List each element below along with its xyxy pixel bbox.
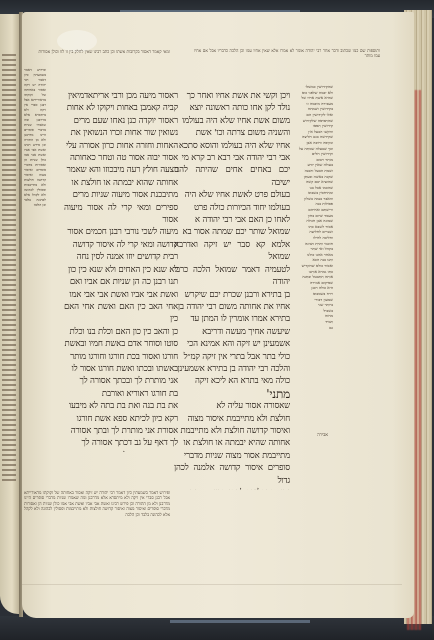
text-line: חורגו ואסור בכת חורגו וחורגו מותר	[64, 351, 178, 363]
text-line: בן בתירא ורבנן שכרת יכם שיקרש	[174, 289, 290, 301]
text-line: האחות וחזרה אחות כרון אסורה עלי	[64, 140, 178, 152]
text-line: יכם באחים אחים שהיתה להם ישיבה	[174, 164, 290, 189]
text-line: אסורת אני מותרת לך ובתך אסורה	[64, 425, 178, 437]
text-line: ואיסור קדושה חולצת ולא מתייבמת	[174, 425, 290, 437]
top-commentary-left: ומאי קאמר דאסור בקרובות אשתו וכן כתב רבי…	[22, 49, 170, 81]
text-line: כולה מאי בתרא הא ליכא זיקה	[174, 375, 290, 387]
text-line: אני מותרת לך ובכתך אסורה לך	[64, 375, 178, 387]
text-line: כולי בתר אבל בתרי אין זיקה קמ״ל	[174, 351, 290, 363]
text-line: שמואל שותר יכם שמתה אסור בא	[174, 226, 290, 238]
text-line: והלכה רבי יהודה בן בתירא אשמעינן	[174, 363, 290, 375]
text-line: בת חורגו ראוריא ואורבת	[64, 388, 178, 400]
text-line: לטעמיה דאמר שמואל הלכה כרבי יהודה	[174, 264, 290, 289]
main-text-column-right: ראסור מיעה מכן ורבי אריתאדמיאיןקביה קאמב…	[64, 90, 178, 452]
inner-margin-commentary: ופירוש דאמר בשמעתין כיון דאמר רבי יהודה …	[24, 68, 46, 508]
text-line: באשתו ובכתו ואשת חורגו אסור לו	[64, 363, 178, 375]
text-line: מתיבכנת אסור מיעוה שניות מרים	[64, 189, 178, 201]
text-line: אשמעינן יש זיקה והא אמינא הכי	[174, 338, 290, 350]
catchword: אבירה	[308, 432, 328, 440]
text-line: סופרים איסור קדושה אלמנה לכהן גדול	[174, 462, 290, 487]
ruling-line	[22, 584, 402, 585]
text-line: ואסור כולס שהקדיש	[297, 263, 333, 269]
text-line: מתייבמת אסור מצוה שניות מדברי	[174, 450, 290, 462]
main-text-right-lines: ראסור מיעה מכן ורבי אריתאדמיאיןקביה קאמב…	[64, 90, 178, 452]
text-line: מיעוה לשכי נורבי רבנן חכמים אסור	[64, 226, 178, 238]
text-line: רצעה חולץ רעה מיבכוזו והא שאמר	[64, 164, 178, 176]
text-line: אסור יבוה אסור טה וטחר כאחותה	[64, 152, 178, 164]
main-text-column-left: ויכן וקשי את אשת אחיו ואחר כךנולד לקן אח…	[174, 90, 290, 490]
text-line: גם	[297, 325, 333, 331]
text-line: בתירא אמרו אומרין לו המתן עד	[174, 313, 290, 325]
text-line: נשואין שור אחות זכרו הנשואין את	[64, 127, 178, 139]
bottom-commentary: ופירוש דאמר בשמעתין כיון דאמר רבי יהודה …	[24, 490, 170, 550]
backdrop-bottom	[0, 616, 434, 640]
verso-page-edge	[0, 14, 20, 614]
text-line: רקא כיון לכיתא ספא אשת חורגו	[64, 413, 178, 425]
text-line: כן והאב כין כון האם וכלת בנו וכלת	[64, 326, 178, 338]
text-line: לאחו כן האם אבי רבי יהודה א	[174, 214, 290, 226]
text-line: ראסור מיעה מכן ורבי אריתאדמיאין	[64, 90, 178, 102]
text-line: ספירים ומאי קרי לה אסור מיעוה אסור	[64, 202, 178, 227]
text-line: סוטו וסוחר אדם באשת חמיו ובאשת	[64, 338, 178, 350]
text-line: שיעשה אחיך מעשה ודריבא	[174, 326, 290, 338]
text-line: ויכן וקשי את אשת אחיו ואחר כך	[174, 90, 290, 102]
text-line: אחי האב כין האם ואשת אחי האם כין	[64, 301, 178, 326]
text-line: ראסור יוקדה כנן נאחו שעם מרים	[64, 115, 178, 127]
backdrop-sheen	[170, 620, 310, 623]
text-line: אחותה שהיא יבמתה או חולצת או	[174, 437, 290, 449]
outer-margin-commentary: שהקידושין כמשלוולא יבמה שלפני כוסשהיא אש…	[297, 84, 333, 399]
text-line: אחותה שהוא יבמתה או חולצת או	[64, 177, 178, 189]
verso-text-lines	[2, 54, 16, 484]
text-line: לך דאף על גב דכתך אסורה לך	[64, 437, 178, 449]
section-heading: מתני'	[174, 388, 290, 400]
recto-page: ופירוש דאמר בשמעתין כיון דאמר רבי יהודה …	[22, 12, 414, 618]
text-line: שהיא אשת אחיו של	[297, 95, 333, 101]
text-line: בעולם פרט לאשת אחיו שלא היה	[174, 189, 290, 201]
text-line: אחיו את אחותה משום רבי יהודה בן	[174, 301, 290, 313]
text-line: ואשת אבי אביו ואשת אבי אבי אמו	[64, 289, 178, 301]
text-line: גרושה וחלוצה לכהן הדיוט ממזרת	[174, 487, 290, 490]
top-commentary-right: ותוספות שם כמו שכתוב ודבר אחר רבי יהודה …	[194, 48, 380, 82]
text-line: שאסורה אסור עליה לא	[174, 400, 290, 412]
text-line: כראוריתא בריגי לא נגזור רבנן קא	[64, 450, 178, 452]
text-line: קדושה ומאי קרי לה איסור קדושה	[64, 239, 178, 251]
text-line: תנו רבנן כה הן שניות אם אביו ואם	[64, 276, 178, 288]
text-line: חולצת ולא מתייבמת איסור מצוה	[174, 413, 290, 425]
margin-commentary-lines: שהקידושין כמשלוולא יבמה שלפני כוסשהיא אש…	[297, 84, 333, 330]
text-line: אחיו שלא היה בעולמו והוסא סתכא	[174, 140, 290, 152]
text-line: בעולמו יחוד הכיורות כולה פרט	[174, 202, 290, 214]
text-line: קביה קאמבן באחות ויקוקו לא אחות	[64, 102, 178, 114]
text-line: רבית קדושים יוזו אמנה לסין נחה	[64, 251, 178, 263]
text-line: אבי רבי יהודה אבי רבא רב קרא מי	[174, 152, 290, 164]
text-line: אלמא קא סבר יש זיקה ואדרבא שמואל	[174, 239, 290, 264]
text-line: והשניה משום צרתה וכו' אשת	[174, 127, 290, 139]
main-text-left-lines: ויכן וקשי את אשת אחיו ואחר כךנולד לקן אח…	[174, 90, 290, 490]
text-line: נולד לקן אחו כותה ראשונה יוצא	[174, 102, 290, 114]
text-line: את בת בנה ואת בת בתה לא מיבעו	[64, 400, 178, 412]
text-line: אותה תתבטל ובתנה	[297, 274, 333, 280]
text-line: משום אשת אחיו שלא היה בעולמו	[174, 115, 290, 127]
text-line: לא שנא כין האחים ולא שנא כין כון	[64, 264, 178, 276]
